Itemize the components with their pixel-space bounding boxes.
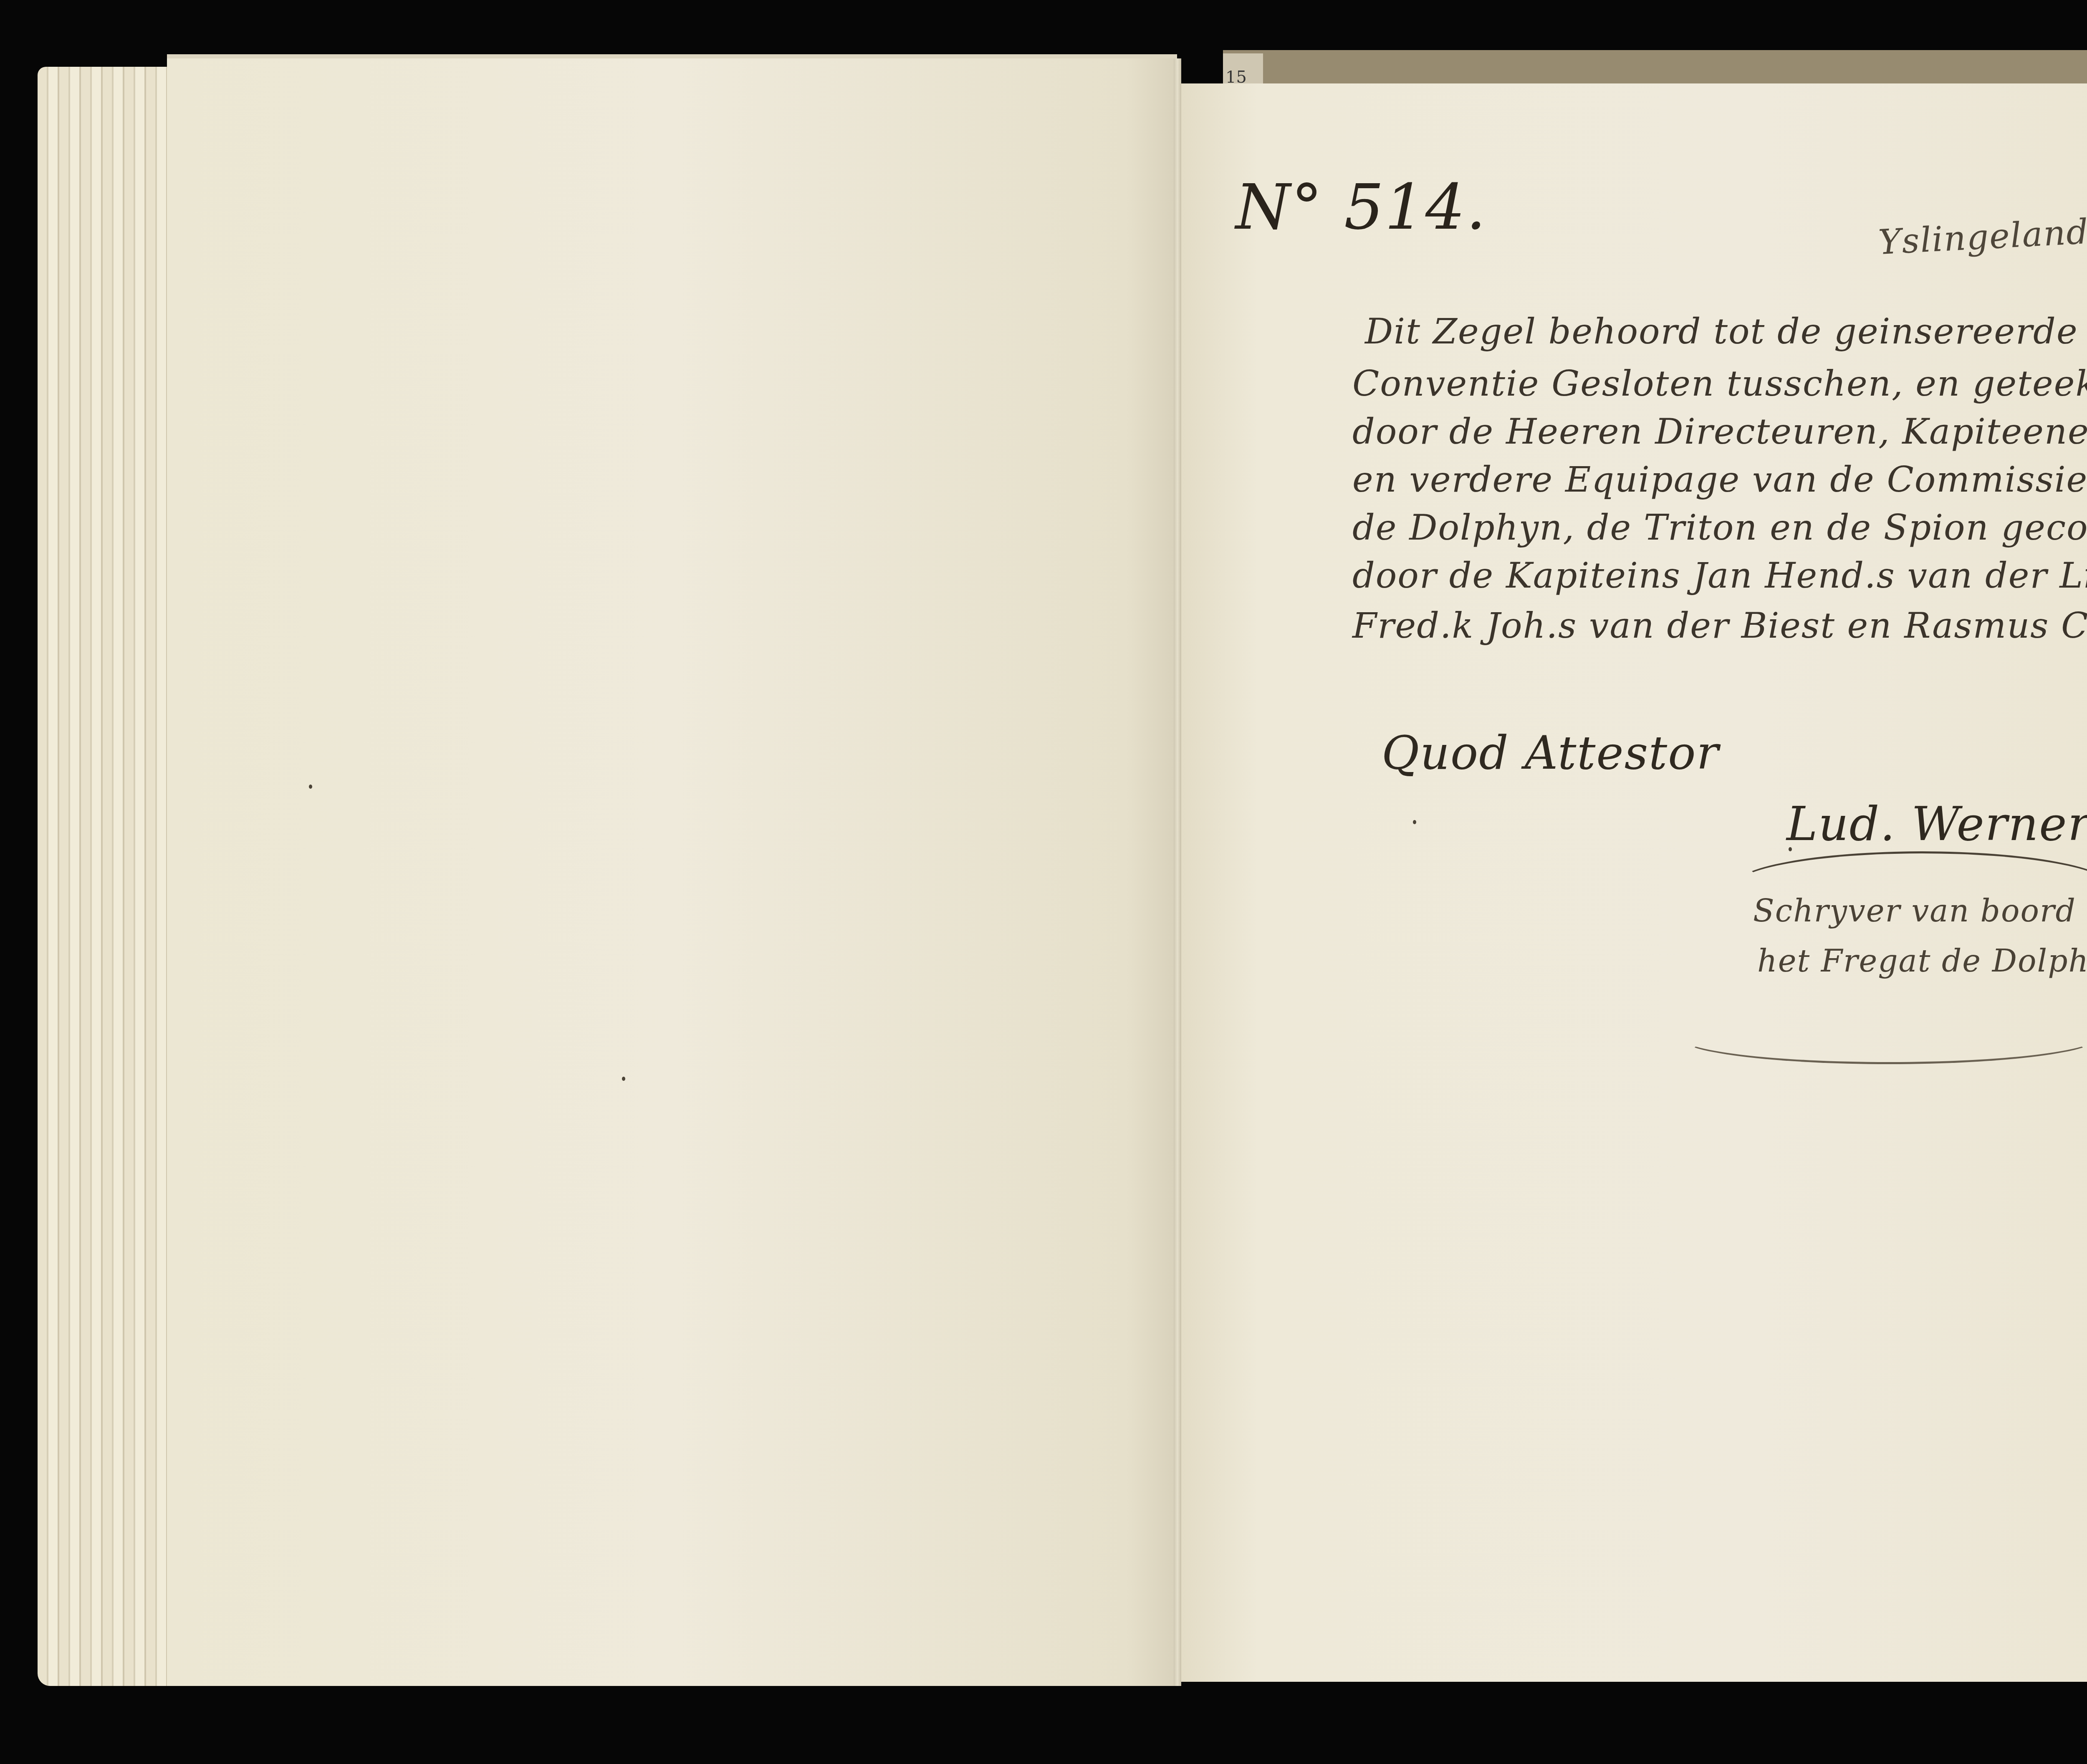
open-book: 15 N° 514. Yslingelandt Dit Zegel behoor… <box>0 0 2087 1764</box>
ink-speck <box>309 785 312 789</box>
body-line: Dit Zegel behoord tot de geinsereerde <box>1365 311 2078 352</box>
cover-top-strip <box>1223 50 2087 88</box>
signatory-title-line: Schryver van boord van <box>1753 893 2087 929</box>
body-line: door de Kapiteins Jan Hend.s van der Lin… <box>1352 555 2087 596</box>
left-page-blank <box>167 54 1177 1686</box>
signature: Lud. Werner <box>1786 797 2087 851</box>
closing-flourish <box>1678 1010 2087 1064</box>
ink-speck <box>1789 847 1792 851</box>
body-line: door de Heeren Directeuren, Kapiteenen, … <box>1352 411 2087 452</box>
ink-speck <box>1413 820 1416 824</box>
body-line: Conventie Gesloten tusschen, en geteeken… <box>1352 363 2087 404</box>
body-line: en verdere Equipage van de Commissievaar… <box>1352 459 2087 500</box>
body-line: Fred.k Joh.s van der Biest en Rasmus Coe… <box>1352 605 2087 646</box>
body-line: de Dolphyn, de Triton en de Spion gecomm… <box>1352 507 2087 548</box>
document-number: N° 514. <box>1236 171 1487 244</box>
book-gutter <box>1174 58 1181 1686</box>
attestation: Quod Attestor <box>1382 726 1719 780</box>
signatory-title-line: het Fregat de Dolphyn <box>1757 943 2087 979</box>
spine-label: 15 <box>1223 53 1263 87</box>
ink-speck <box>622 1077 625 1081</box>
